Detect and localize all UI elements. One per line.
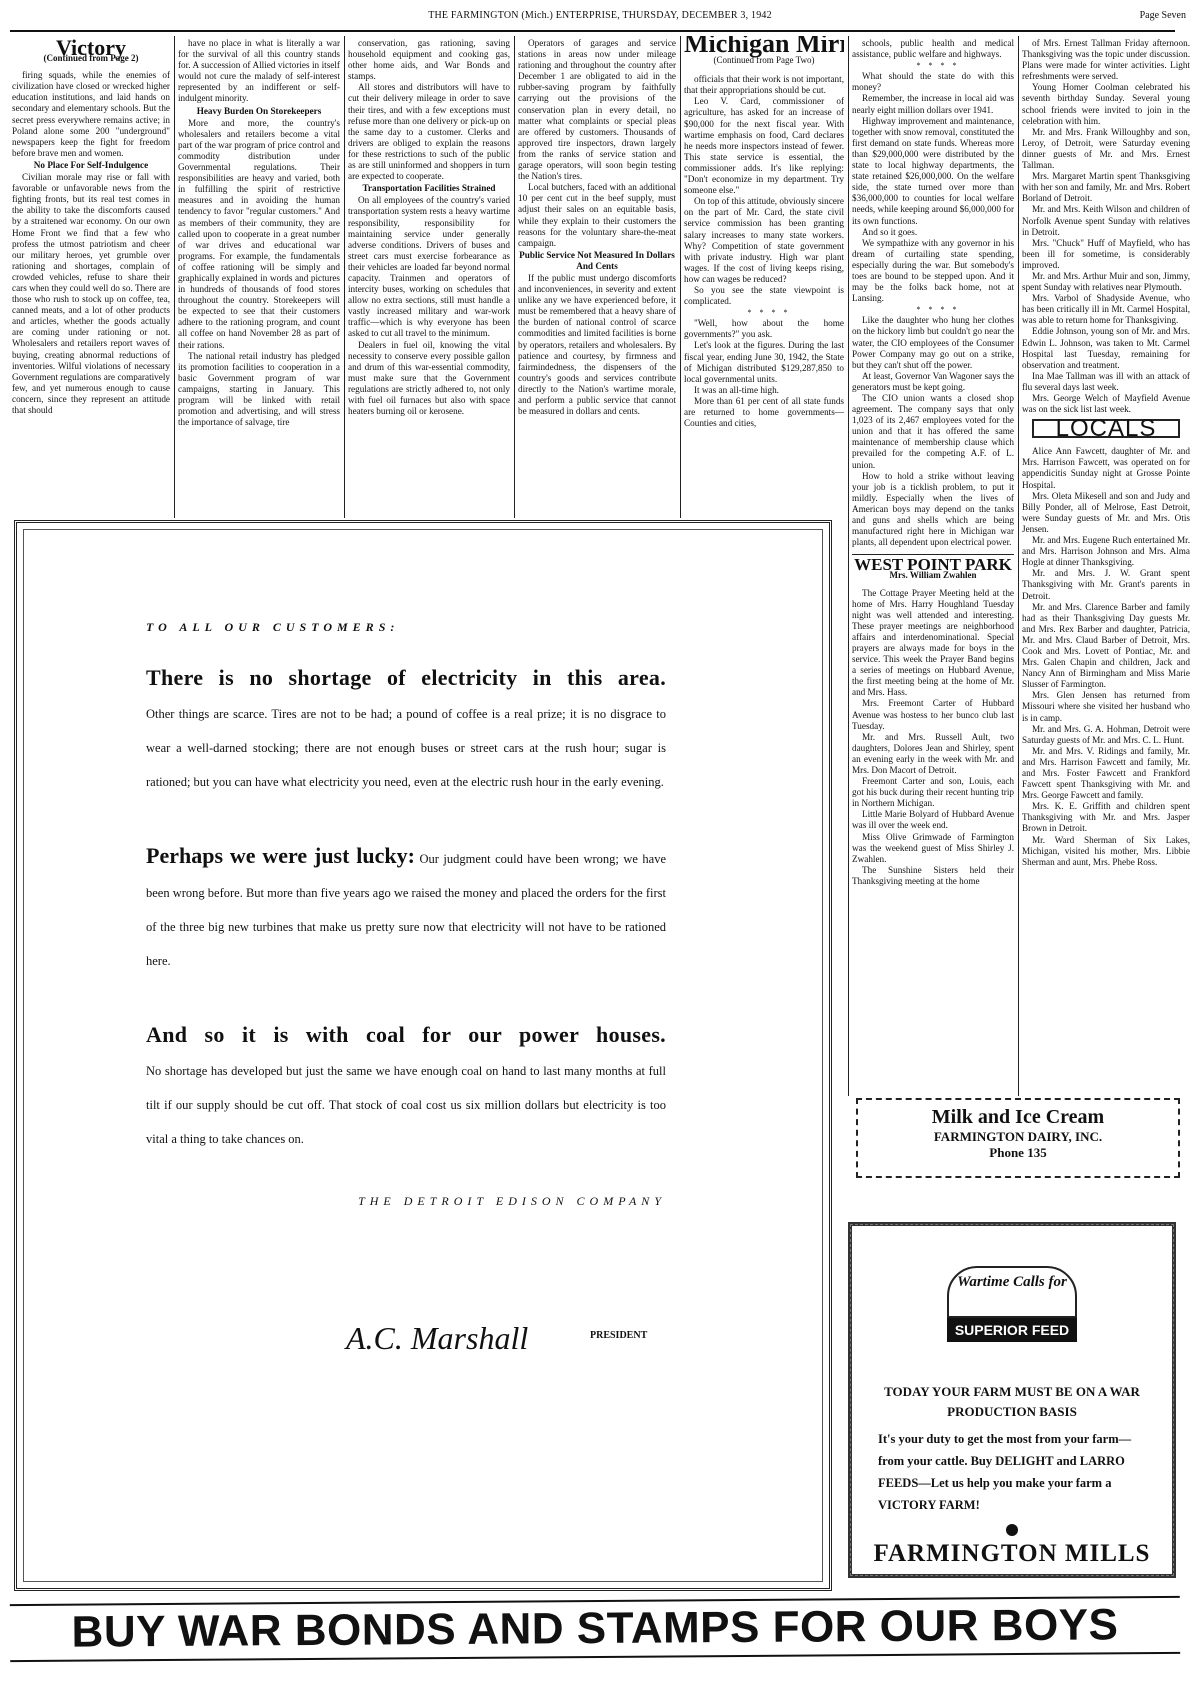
paragraph: Mr. and Mrs. Arthur Muir and son, Jimmy,…: [1022, 271, 1190, 293]
paragraph: The Sunshine Sisters held their Thanksgi…: [852, 865, 1014, 887]
paragraph: All stores and distributors will have to…: [348, 82, 510, 182]
badge-script: Wartime Calls for: [947, 1266, 1077, 1318]
top-rule: [10, 30, 1175, 32]
column-divider: [514, 36, 515, 518]
paragraph: Eddie Johnson, young son of Mr. and Mrs.…: [1022, 326, 1190, 370]
president-title: PRESIDENT: [590, 1330, 647, 1341]
ad-body-1: Other things are scarce. Tires are not t…: [146, 697, 666, 799]
farmington-mills-ad: Wartime Calls for SUPERIOR FEED TODAY YO…: [848, 1222, 1176, 1578]
subheading: Transportation Facilities Strained: [348, 183, 510, 194]
mirror-column-1: Michigan Mirror (Continued from Page Two…: [684, 36, 844, 520]
paragraph: Mrs. K. E. Griffith and children spent T…: [1022, 801, 1190, 834]
masthead: THE FARMINGTON (Mich.) ENTERPRISE, THURS…: [0, 8, 1200, 28]
paragraph: Let's look at the figures. During the la…: [684, 340, 844, 384]
paragraph: The Cottage Prayer Meeting held at the h…: [852, 588, 1014, 699]
paragraph: Young Homer Coolman celebrated his seven…: [1022, 82, 1190, 126]
paragraph: firing squads, while the enemies of civi…: [12, 70, 170, 159]
paragraph: Mr. and Mrs. Keith Wilson and children o…: [1022, 204, 1190, 237]
column-divider: [848, 36, 849, 1096]
paragraph: Like the daughter who hung her clothes o…: [852, 315, 1014, 370]
social-column: of Mrs. Ernest Tallman Friday afternoon.…: [1022, 38, 1190, 1096]
paragraph: Mr. and Mrs. G. A. Hohman, Detroit were …: [1022, 724, 1190, 746]
paragraph: And so it goes.: [852, 227, 1014, 238]
subheading: Heavy Burden On Storekeepers: [178, 106, 340, 117]
paragraph: More than 61 per cent of all state funds…: [684, 396, 844, 429]
paragraph: So you see the state viewpoint is compli…: [684, 285, 844, 307]
superior-feed-badge: Wartime Calls for SUPERIOR FEED: [947, 1266, 1077, 1342]
paragraph: "Well, how about the home governments?" …: [684, 318, 844, 340]
paragraph: How to hold a strike without leaving you…: [852, 471, 1014, 549]
victory-column-4: Operators of garages and service station…: [518, 38, 676, 520]
mirror-column-2: schools, public health and medical assis…: [852, 38, 1014, 1096]
ad-salutation: TO ALL OUR CUSTOMERS:: [146, 620, 666, 635]
paragraph: Mrs. "Chuck" Huff of Mayfield, who has b…: [1022, 238, 1190, 271]
paragraph: schools, public health and medical assis…: [852, 38, 1014, 60]
paragraph: Mr. and Mrs. V. Ridings and family, Mr. …: [1022, 746, 1190, 801]
column-divider: [174, 36, 175, 518]
ad-headline-1: There is no shortage of electricity in t…: [146, 665, 666, 691]
subheading: Public Service Not Measured In Dollars A…: [518, 250, 676, 272]
paragraph: Mrs. Freemont Carter of Hubbard Avenue w…: [852, 698, 1014, 731]
paragraph: conservation, gas rationing, saving hous…: [348, 38, 510, 82]
paragraph: Little Marie Bolyard of Hubbard Avenue w…: [852, 809, 1014, 831]
page-number: Page Seven: [1140, 10, 1186, 21]
paragraph: Remember, the increase in local aid was …: [852, 93, 1014, 115]
victory-column-3: conservation, gas rationing, saving hous…: [348, 38, 510, 520]
mills-heading: TODAY YOUR FARM MUST BE ON A WAR PRODUCT…: [852, 1382, 1172, 1422]
paragraph: Mr. and Mrs. Russell Ault, two daughters…: [852, 732, 1014, 776]
column-divider: [680, 36, 681, 518]
masthead-title: THE FARMINGTON (Mich.) ENTERPRISE, THURS…: [0, 10, 1200, 21]
dairy-line-1: Milk and Ice Cream: [858, 1106, 1178, 1129]
column-divider: [344, 36, 345, 518]
paragraph: At least, Governor Van Wagoner says the …: [852, 371, 1014, 393]
paragraph: Mrs. Glen Jensen has returned from Misso…: [1022, 690, 1190, 723]
section-break: * * * *: [684, 307, 844, 318]
paragraph: It was an all-time high.: [684, 385, 844, 396]
badge-bar: SUPERIOR FEED: [947, 1318, 1077, 1342]
ad-paragraph-2: Perhaps we were just lucky: Our judgment…: [146, 839, 666, 978]
paragraph: Mr. and Mrs. Clarence Barber and family …: [1022, 602, 1190, 691]
paragraph: On all employees of the country's varied…: [348, 195, 510, 339]
dairy-line-2: FARMINGTON DAIRY, INC.: [858, 1129, 1178, 1145]
ad-body-3: No shortage has developed but just the s…: [146, 1054, 666, 1156]
paragraph: Mrs. Margaret Martin spent Thanksgiving …: [1022, 171, 1190, 204]
paragraph: Civilian morale may rise or fall with fa…: [12, 172, 170, 416]
mills-body: It's your duty to get the most from your…: [852, 1428, 1172, 1516]
ad-company-name: THE DETROIT EDISON COMPANY: [146, 1194, 666, 1209]
paragraph: Mr. and Mrs. J. W. Grant spent Thanksgiv…: [1022, 568, 1190, 601]
president-signature: A.C. Marshall: [346, 1320, 528, 1357]
paragraph: Mr. Ward Sherman of Six Lakes, Michigan,…: [1022, 835, 1190, 868]
victory-headline: Victory: [12, 42, 170, 53]
locals-headline: LOCALS: [1032, 419, 1180, 438]
farmington-dairy-ad: Milk and Ice Cream FARMINGTON DAIRY, INC…: [856, 1098, 1180, 1178]
paragraph: Mrs. George Welch of Mayfield Avenue was…: [1022, 393, 1190, 415]
paragraph: Local butchers, faced with an additional…: [518, 182, 676, 249]
paragraph: What should the state do with this money…: [852, 71, 1014, 93]
paragraph: officials that their work is not importa…: [684, 74, 844, 96]
victory-continued: (Continued from Page 2): [12, 53, 170, 64]
victory-column-1: Victory (Continued from Page 2) firing s…: [12, 38, 170, 520]
paragraph: Highway improvement and maintenance, tog…: [852, 116, 1014, 227]
paragraph: We sympathize with any governor in his d…: [852, 238, 1014, 305]
paragraph: Ina Mae Tallman was ill with an attack o…: [1022, 371, 1190, 393]
section-break: * * * *: [852, 304, 1014, 315]
paragraph: If the public must undergo discomforts a…: [518, 273, 676, 417]
ad-body-2: Our judgment could have been wrong; we h…: [146, 852, 666, 968]
paragraph: Miss Olive Grimwade of Farmington was th…: [852, 832, 1014, 865]
dairy-phone: Phone 135: [858, 1145, 1178, 1161]
paragraph: Mrs. Oleta Mikesell and son and Judy and…: [1022, 491, 1190, 535]
paragraph: Mrs. Varbol of Shadyside Avenue, who has…: [1022, 293, 1190, 326]
paragraph: Freemont Carter and son, Louis, each got…: [852, 776, 1014, 809]
west-point-park-headline: WEST POINT PARK: [852, 554, 1014, 570]
section-break: * * * *: [852, 60, 1014, 71]
paragraph: of Mrs. Ernest Tallman Friday afternoon.…: [1022, 38, 1190, 82]
paragraph: Leo V. Card, commissioner of agriculture…: [684, 96, 844, 196]
paragraph: have no place in what is literally a war…: [178, 38, 340, 105]
subheading: No Place For Self-Indulgence: [12, 160, 170, 171]
ad-lead-2: Perhaps we were just lucky:: [146, 843, 415, 868]
victory-column-2: have no place in what is literally a war…: [178, 38, 340, 520]
mills-name: FARMINGTON MILLS: [852, 1540, 1172, 1568]
paragraph: Alice Ann Fawcett, daughter of Mr. and M…: [1022, 446, 1190, 490]
edison-ad-text: TO ALL OUR CUSTOMERS: There is no shorta…: [146, 620, 666, 1209]
paragraph: Dealers in fuel oil, knowing the vital n…: [348, 340, 510, 418]
ad-headline-3: And so it is with coal for our power hou…: [146, 1022, 666, 1048]
paragraph: Mr. and Mrs. Eugene Ruch entertained Mr.…: [1022, 535, 1190, 568]
paragraph: Operators of garages and service station…: [518, 38, 676, 182]
paragraph: The CIO union wants a closed shop agreem…: [852, 393, 1014, 471]
paragraph: On top of this attitude, obviously since…: [684, 196, 844, 285]
bullet-dot-icon: [1006, 1524, 1018, 1536]
paragraph: More and more, the country's wholesalers…: [178, 118, 340, 351]
column-divider: [1018, 36, 1019, 1096]
mirror-headline: Michigan Mirror: [684, 38, 844, 49]
paragraph: The national retail industry has pledged…: [178, 351, 340, 429]
war-bonds-banner: BUY WAR BONDS AND STAMPS FOR OUR BOYS: [10, 1596, 1180, 1662]
paragraph: Mr. and Mrs. Frank Willoughby and son, L…: [1022, 127, 1190, 171]
